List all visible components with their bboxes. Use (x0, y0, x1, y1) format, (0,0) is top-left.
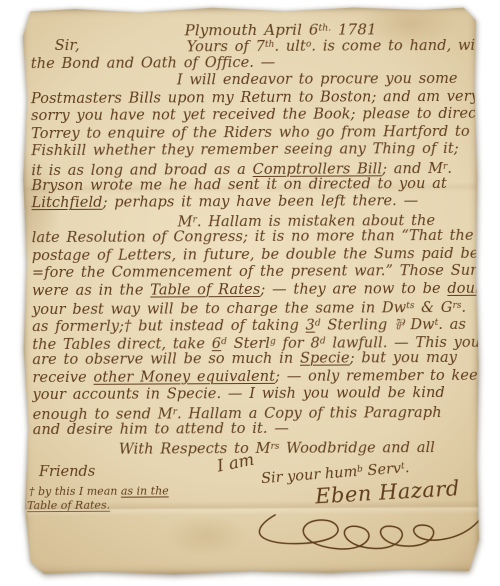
text-fragment: th. (318, 23, 331, 34)
text-fragment: Torrey to enquire of the Riders who go f… (31, 123, 470, 141)
text-fragment: † by this I mean (29, 485, 121, 498)
signature-flourish-icon (251, 508, 491, 563)
text-fragment: Sir, (55, 38, 80, 54)
text-fragment: Litchfield (31, 195, 102, 211)
letter-closing: Friends I am Sir your humb Servt. † by t… (33, 456, 473, 573)
text-fragment: Serv (362, 461, 401, 480)
letter-line: Bryson wrote me he had sent it on direct… (31, 176, 470, 196)
text-fragment: rs (270, 441, 279, 451)
text-fragment: ; — only remember to keep (275, 368, 487, 385)
letter-line: receive other Money equivalent; — only r… (32, 368, 471, 388)
letter-line: it is as long and broad as a Comptroller… (31, 158, 470, 178)
text-fragment: . (447, 160, 452, 176)
text-fragment: enough to send M (33, 406, 173, 423)
letter-line: Mr. Hallam is mistaken about the (32, 211, 471, 231)
text-fragment: ; — they are now to be (260, 281, 447, 298)
text-fragment: Postmasters Bills upon my Return to Bost… (31, 89, 479, 107)
text-fragment: the Tables direct, take (32, 336, 212, 353)
scan-background: Plymouth April 6th. 1781Sir,Yours of 7th… (0, 0, 500, 586)
letter-body: Plymouth April 6th. 1781Sir,Yours of 7th… (31, 19, 472, 457)
text-fragment: receive (32, 370, 93, 386)
letter-line: Torrey to enquire of the Riders who go f… (31, 123, 470, 143)
text-fragment: other Money equivalent (93, 369, 275, 386)
letter-line: Fishkill whether they remember seeing an… (31, 141, 470, 161)
letter-line: the Tables direct, take 6d Sterlg for 8d… (32, 333, 471, 353)
footnote-line-1: † by this I mean as in the (29, 484, 169, 498)
text-fragment: 3 (306, 318, 315, 334)
letter-line: were as in the Table of Rates; — they ar… (32, 280, 471, 300)
letter-line: and desire him to attend to it. — (33, 420, 472, 440)
text-fragment: . is come to hand, with (311, 38, 490, 55)
text-fragment: Sterling ⅌ Dw (321, 318, 435, 335)
text-fragment: Bryson wrote me he had sent it on direct… (31, 176, 447, 194)
text-fragment: Table of Rates (150, 282, 260, 299)
letter-line: =fore the Commencement of the present wa… (32, 263, 471, 283)
letter-line: enough to send Mr. Hallam a Copy of this… (33, 402, 472, 422)
text-fragment: I will endeavor to procure you some (177, 71, 458, 88)
letter-line: Postmasters Bills upon my Return to Bost… (31, 89, 470, 109)
text-fragment: ; but you may (350, 350, 457, 367)
text-fragment: your accounts in Specie. — I wish you wo… (33, 385, 445, 403)
text-fragment: 6 (212, 336, 221, 352)
letter-line: Litchfield; perhaps it may have been lef… (31, 193, 470, 213)
text-fragment: & G (414, 300, 452, 316)
text-fragment: ; perhaps it may have been left there. — (103, 193, 419, 211)
text-fragment: lawfull. — This you (326, 335, 481, 352)
footnote-line-2: Table of Rates. (27, 499, 110, 512)
text-fragment: late Resolution of Congress; it is no mo… (32, 228, 474, 246)
text-fragment: the Bond and Oath of Office. — (31, 55, 276, 72)
text-fragment: sorry you have not yet received the Book… (31, 106, 482, 124)
text-fragment: . (404, 460, 410, 476)
text-fragment: . (461, 300, 466, 316)
text-fragment: postage of Letters, in future, be double… (32, 245, 491, 263)
letter-line: your accounts in Specie. — I wish you wo… (33, 385, 472, 405)
letter-line: Plymouth April 6th. 1781 (31, 19, 470, 39)
text-fragment: M (178, 214, 193, 230)
letter-page: Plymouth April 6th. 1781Sir,Yours of 7th… (21, 6, 481, 576)
letter-line: your best way will be to charge the same… (32, 298, 471, 318)
letter-line: sorry you have not yet received the Book… (31, 106, 470, 126)
letter-line: as formerly;† but instead of taking 3d S… (32, 315, 471, 335)
text-fragment: Yours of 7 (187, 39, 265, 55)
text-fragment: Specie (300, 351, 350, 367)
letter-line: the Bond and Oath of Office. — (31, 54, 470, 74)
text-fragment: Woodbridge and all (279, 440, 435, 457)
text-fragment: Sterl (227, 336, 270, 352)
text-fragment: . ult (274, 39, 306, 55)
letter-line: Yours of 7th. ulto. is come to hand, wit… (31, 36, 470, 56)
closing-friends: Friends (39, 464, 95, 480)
letter-paper: Plymouth April 6th. 1781Sir,Yours of 7th… (21, 6, 481, 576)
letter-line: late Resolution of Congress; it is no mo… (32, 228, 471, 248)
text-fragment: for 8 (276, 336, 320, 352)
text-fragment: =fore the Commencement of the present wa… (32, 263, 492, 281)
text-fragment: are to observe will be so much in (32, 351, 300, 368)
text-fragment: . as (438, 317, 466, 333)
text-fragment: Friends (39, 464, 95, 480)
text-fragment: . Hallam a Copy of this Paragraph (177, 405, 442, 422)
text-fragment: Table of Rates. (27, 499, 110, 512)
text-fragment: th (265, 40, 274, 50)
text-fragment: and desire him to attend to it. — (33, 421, 289, 438)
text-fragment: ; and M (382, 161, 443, 177)
text-fragment: as in the (121, 484, 169, 497)
text-fragment: Comptrollers Bill (253, 161, 383, 178)
letter-line: I will endeavor to procure you some (31, 71, 470, 91)
letter-line: are to observe will be so much in Specie… (32, 350, 471, 370)
text-fragment: doubled (447, 280, 500, 296)
text-fragment: were as in the (32, 282, 150, 299)
letter-line: postage of Letters, in future, be double… (32, 246, 471, 266)
text-fragment: Fishkill whether they remember seeing an… (31, 141, 459, 159)
